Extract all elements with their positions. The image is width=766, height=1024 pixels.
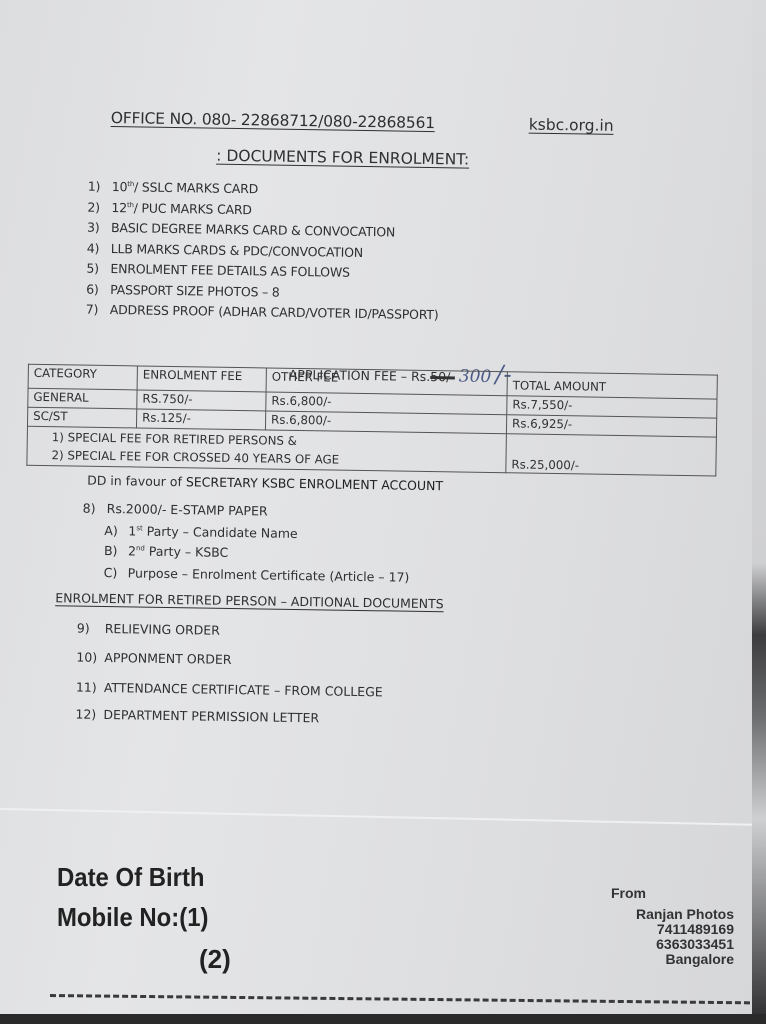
list-item: 10)APPONMENT ORDER — [76, 650, 231, 667]
from-label: From — [611, 885, 646, 901]
shop-phone-2: 6363033451 — [636, 937, 734, 952]
documents-list: 1)10th/ SSLC MARKS CARD 2)12th/ PUC MARK… — [86, 179, 441, 328]
background-bottom — [0, 1014, 766, 1024]
shop-name: Ranjan Photos — [636, 907, 734, 922]
background-edge — [752, 0, 766, 1024]
estamp-subitem: B)2nd Party – KSBC — [104, 543, 229, 560]
estamp-item: 8)Rs.2000/- E-STAMP PAPER — [83, 501, 268, 519]
list-item: 9)RELIEVING ORDER — [77, 621, 220, 638]
mobile-second-label: (2) — [199, 944, 231, 975]
shop-info: Ranjan Photos 7411489169 6363033451 Bang… — [636, 907, 734, 967]
fee-table: CATEGORY ENROLMENT FEE OTHER FEE TOTAL A… — [26, 364, 718, 477]
mobile-label: Mobile No:(1) — [57, 902, 208, 933]
date-of-birth-label: Date Of Birth — [57, 862, 205, 893]
estamp-subitem: A)1st Party – Candidate Name — [104, 523, 298, 541]
website-link: ksbc.org.in — [529, 116, 614, 135]
shop-city: Bangalore — [636, 952, 734, 967]
shop-phone-1: 7411489169 — [636, 922, 734, 937]
